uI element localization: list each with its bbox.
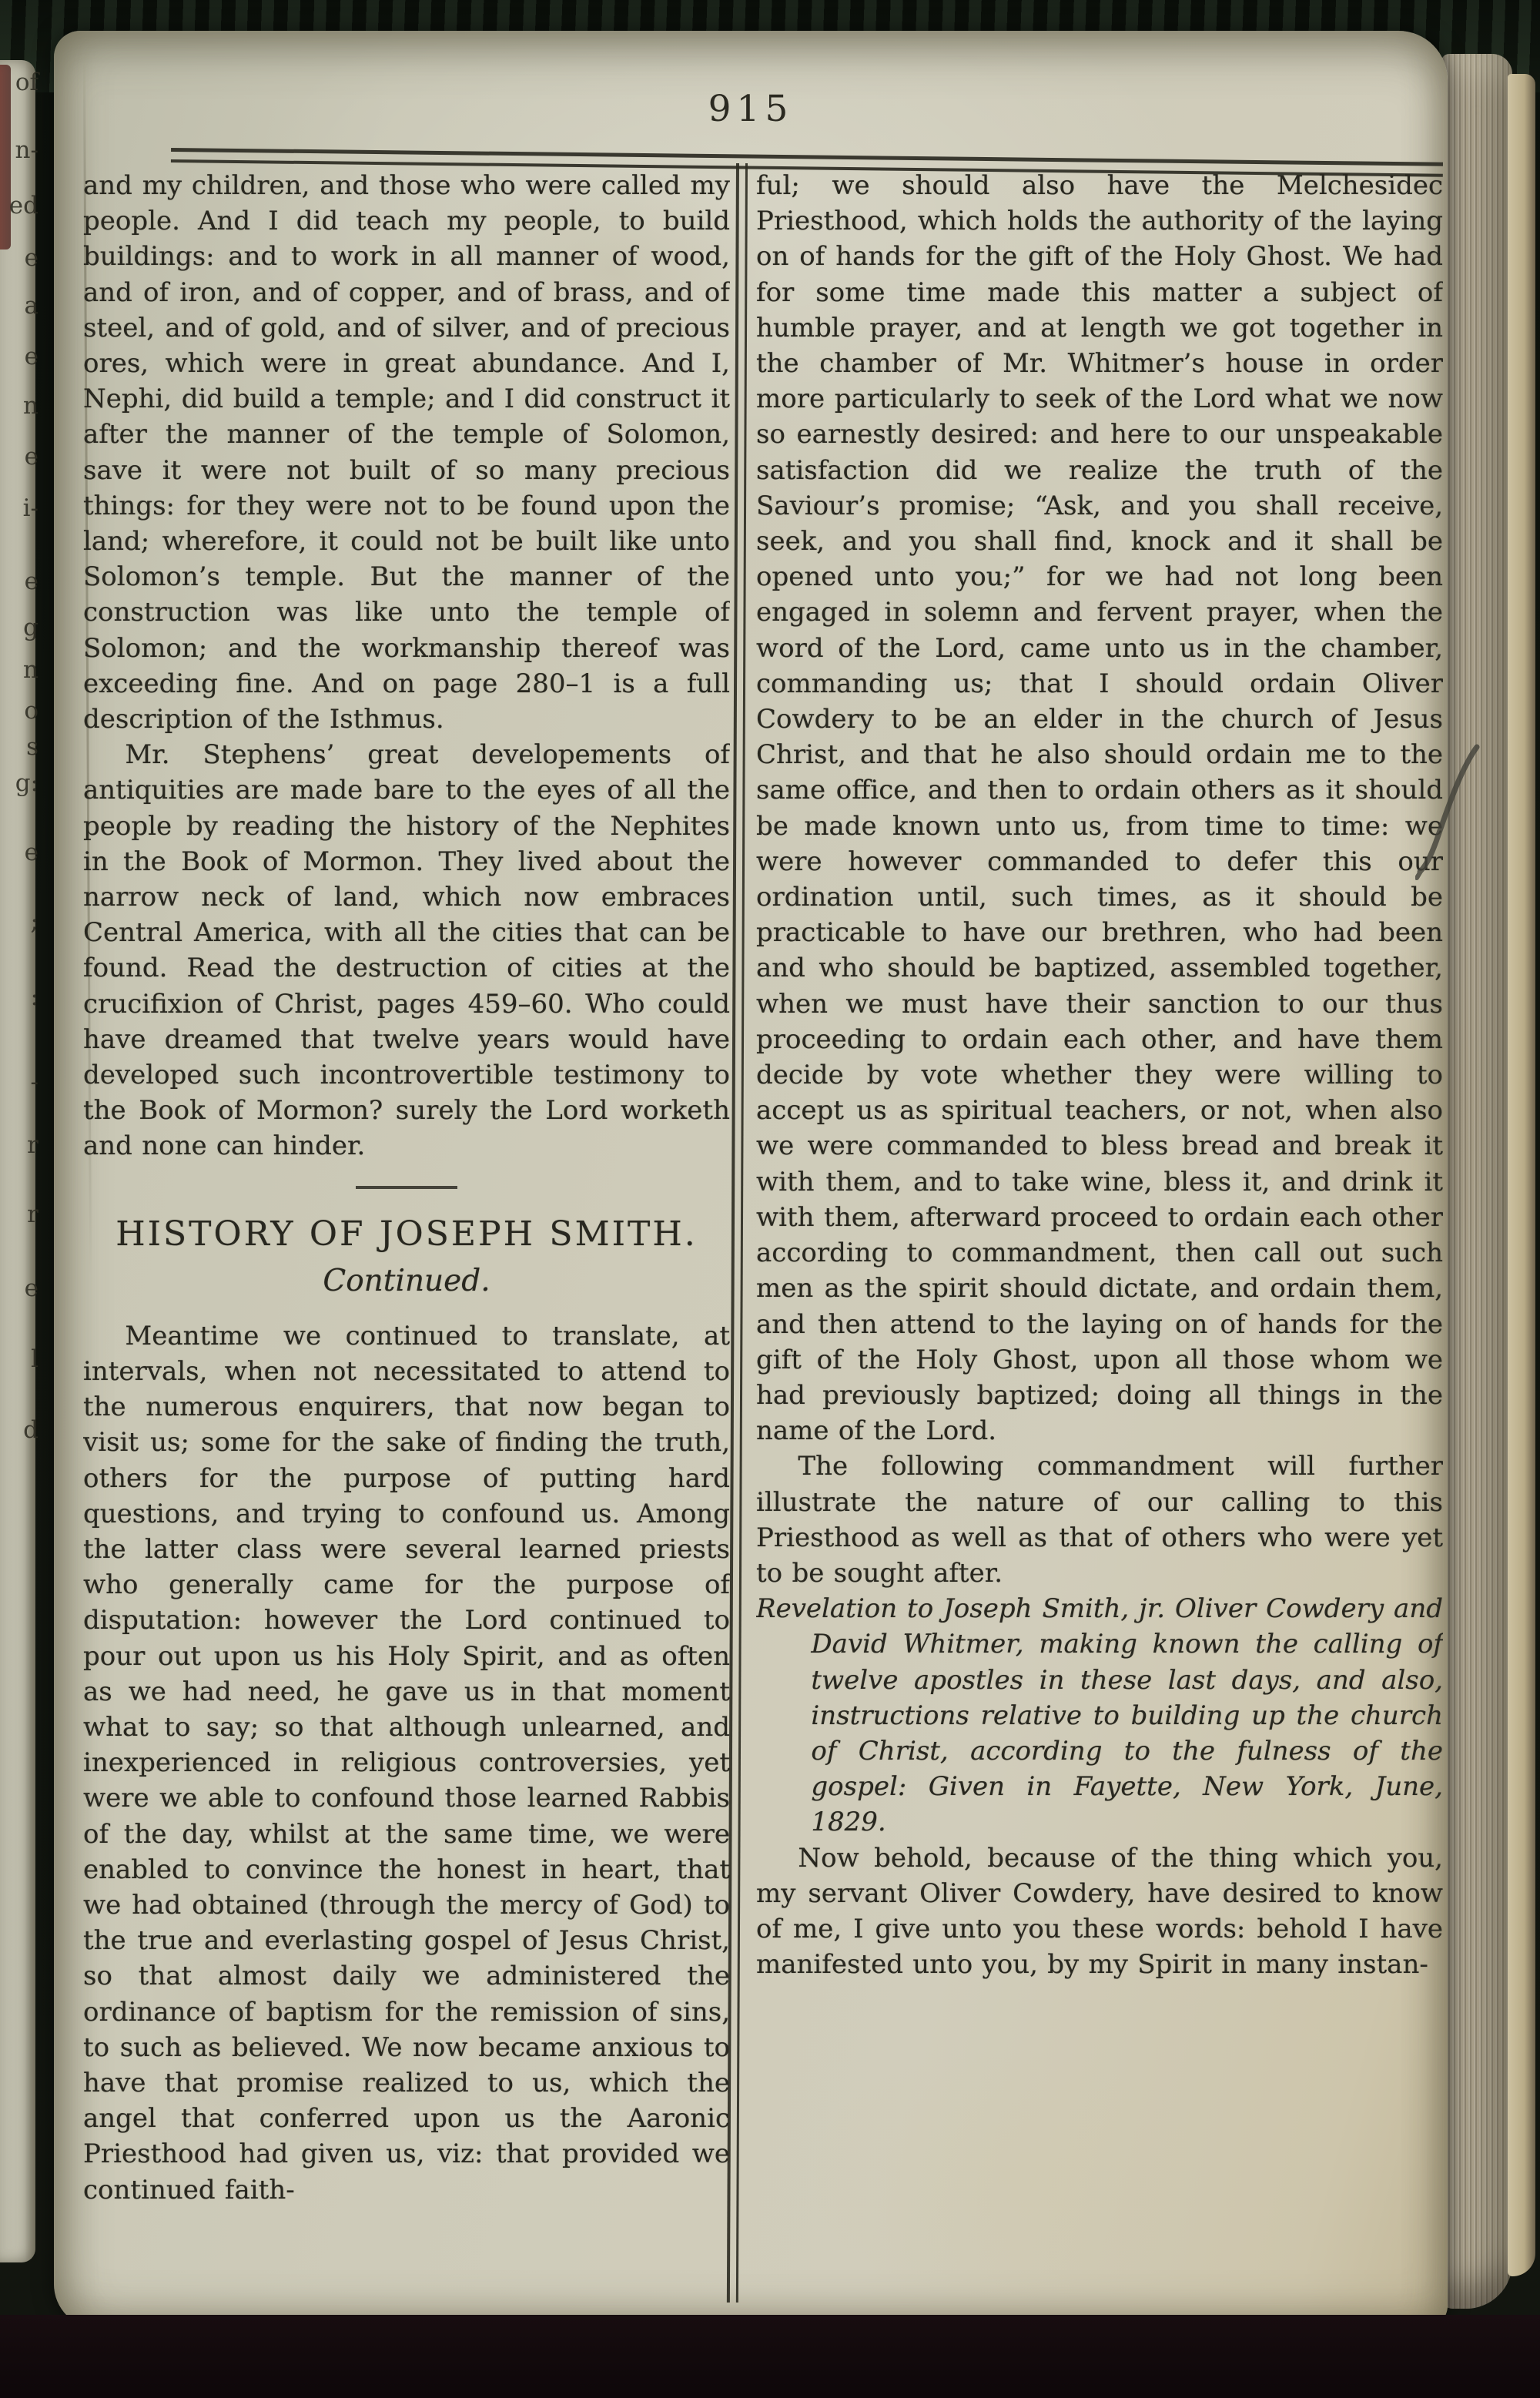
body-paragraph: Meantime we continued to translate, at i… xyxy=(83,1318,730,2208)
page-edge-text-fragment: e xyxy=(6,570,38,594)
page-edge-text-fragment: e xyxy=(6,841,38,865)
book-fore-edge-pages xyxy=(1441,54,1512,2309)
page-edge-text-fragment: d xyxy=(6,1418,38,1442)
left-column: and my children, and those who were call… xyxy=(83,168,730,2292)
right-column: ful; we should also have the Melchesidec… xyxy=(756,168,1443,2292)
section-divider xyxy=(356,1186,457,1189)
page-edge-text-fragment: e xyxy=(6,1277,38,1301)
page-edge-text-fragment: a xyxy=(6,294,38,318)
page-edge-text-fragment: : xyxy=(6,986,38,1010)
page-edge-text-fragment: l xyxy=(6,1348,38,1371)
page-edge-text-fragment: n- xyxy=(6,139,38,162)
article-heading: HISTORY OF JOSEPH SMITH. xyxy=(83,1212,730,1257)
page-edge-text-fragment: n xyxy=(6,658,38,682)
page-edge-text-fragment: e xyxy=(6,445,38,469)
revelation-caption: Revelation to Joseph Smith, jr. Oliver C… xyxy=(756,1591,1443,1840)
page-edge-text-fragment: g xyxy=(6,616,38,640)
book-binding-bottom xyxy=(0,2315,1540,2398)
page-edge-text-fragment: e xyxy=(6,345,38,369)
page-edge-text-fragment: of xyxy=(6,71,38,95)
book-fore-edge-outer xyxy=(1508,74,1535,2276)
body-paragraph: The following commandment will further i… xyxy=(756,1449,1443,1591)
page-edge-text-fragment: o xyxy=(6,699,38,723)
page-edge-text-fragment: i- xyxy=(6,497,38,521)
page-number: 915 xyxy=(54,88,1448,130)
body-paragraph: and my children, and those who were call… xyxy=(83,168,730,737)
page-edge-text-fragment: g: xyxy=(6,772,38,795)
page-edge-text-fragment: s xyxy=(6,735,38,759)
page-edge-text-fragment: r xyxy=(6,1203,38,1227)
page-edge-text-fragment: n xyxy=(6,394,38,418)
pen-checkmark xyxy=(1415,744,1489,883)
body-paragraph: Now behold, because of the thing which y… xyxy=(756,1840,1443,1983)
page-edge-text-fragment: e xyxy=(6,246,38,270)
page-edge-text-fragment: - xyxy=(6,1070,38,1094)
page-edge-text-fragment: ed xyxy=(6,194,38,218)
article-subheading: Continued. xyxy=(83,1260,730,1303)
page-edge-text-fragment: ; xyxy=(6,910,38,934)
body-paragraph: Mr. Stephens’ great developements of ant… xyxy=(83,737,730,1164)
book-page: 915 and my children, and those who were … xyxy=(54,31,1448,2329)
page-edge-text-fragment: r xyxy=(6,1134,38,1157)
facing-page-edge xyxy=(0,60,35,2262)
body-paragraph: ful; we should also have the Melchesidec… xyxy=(756,168,1443,1449)
